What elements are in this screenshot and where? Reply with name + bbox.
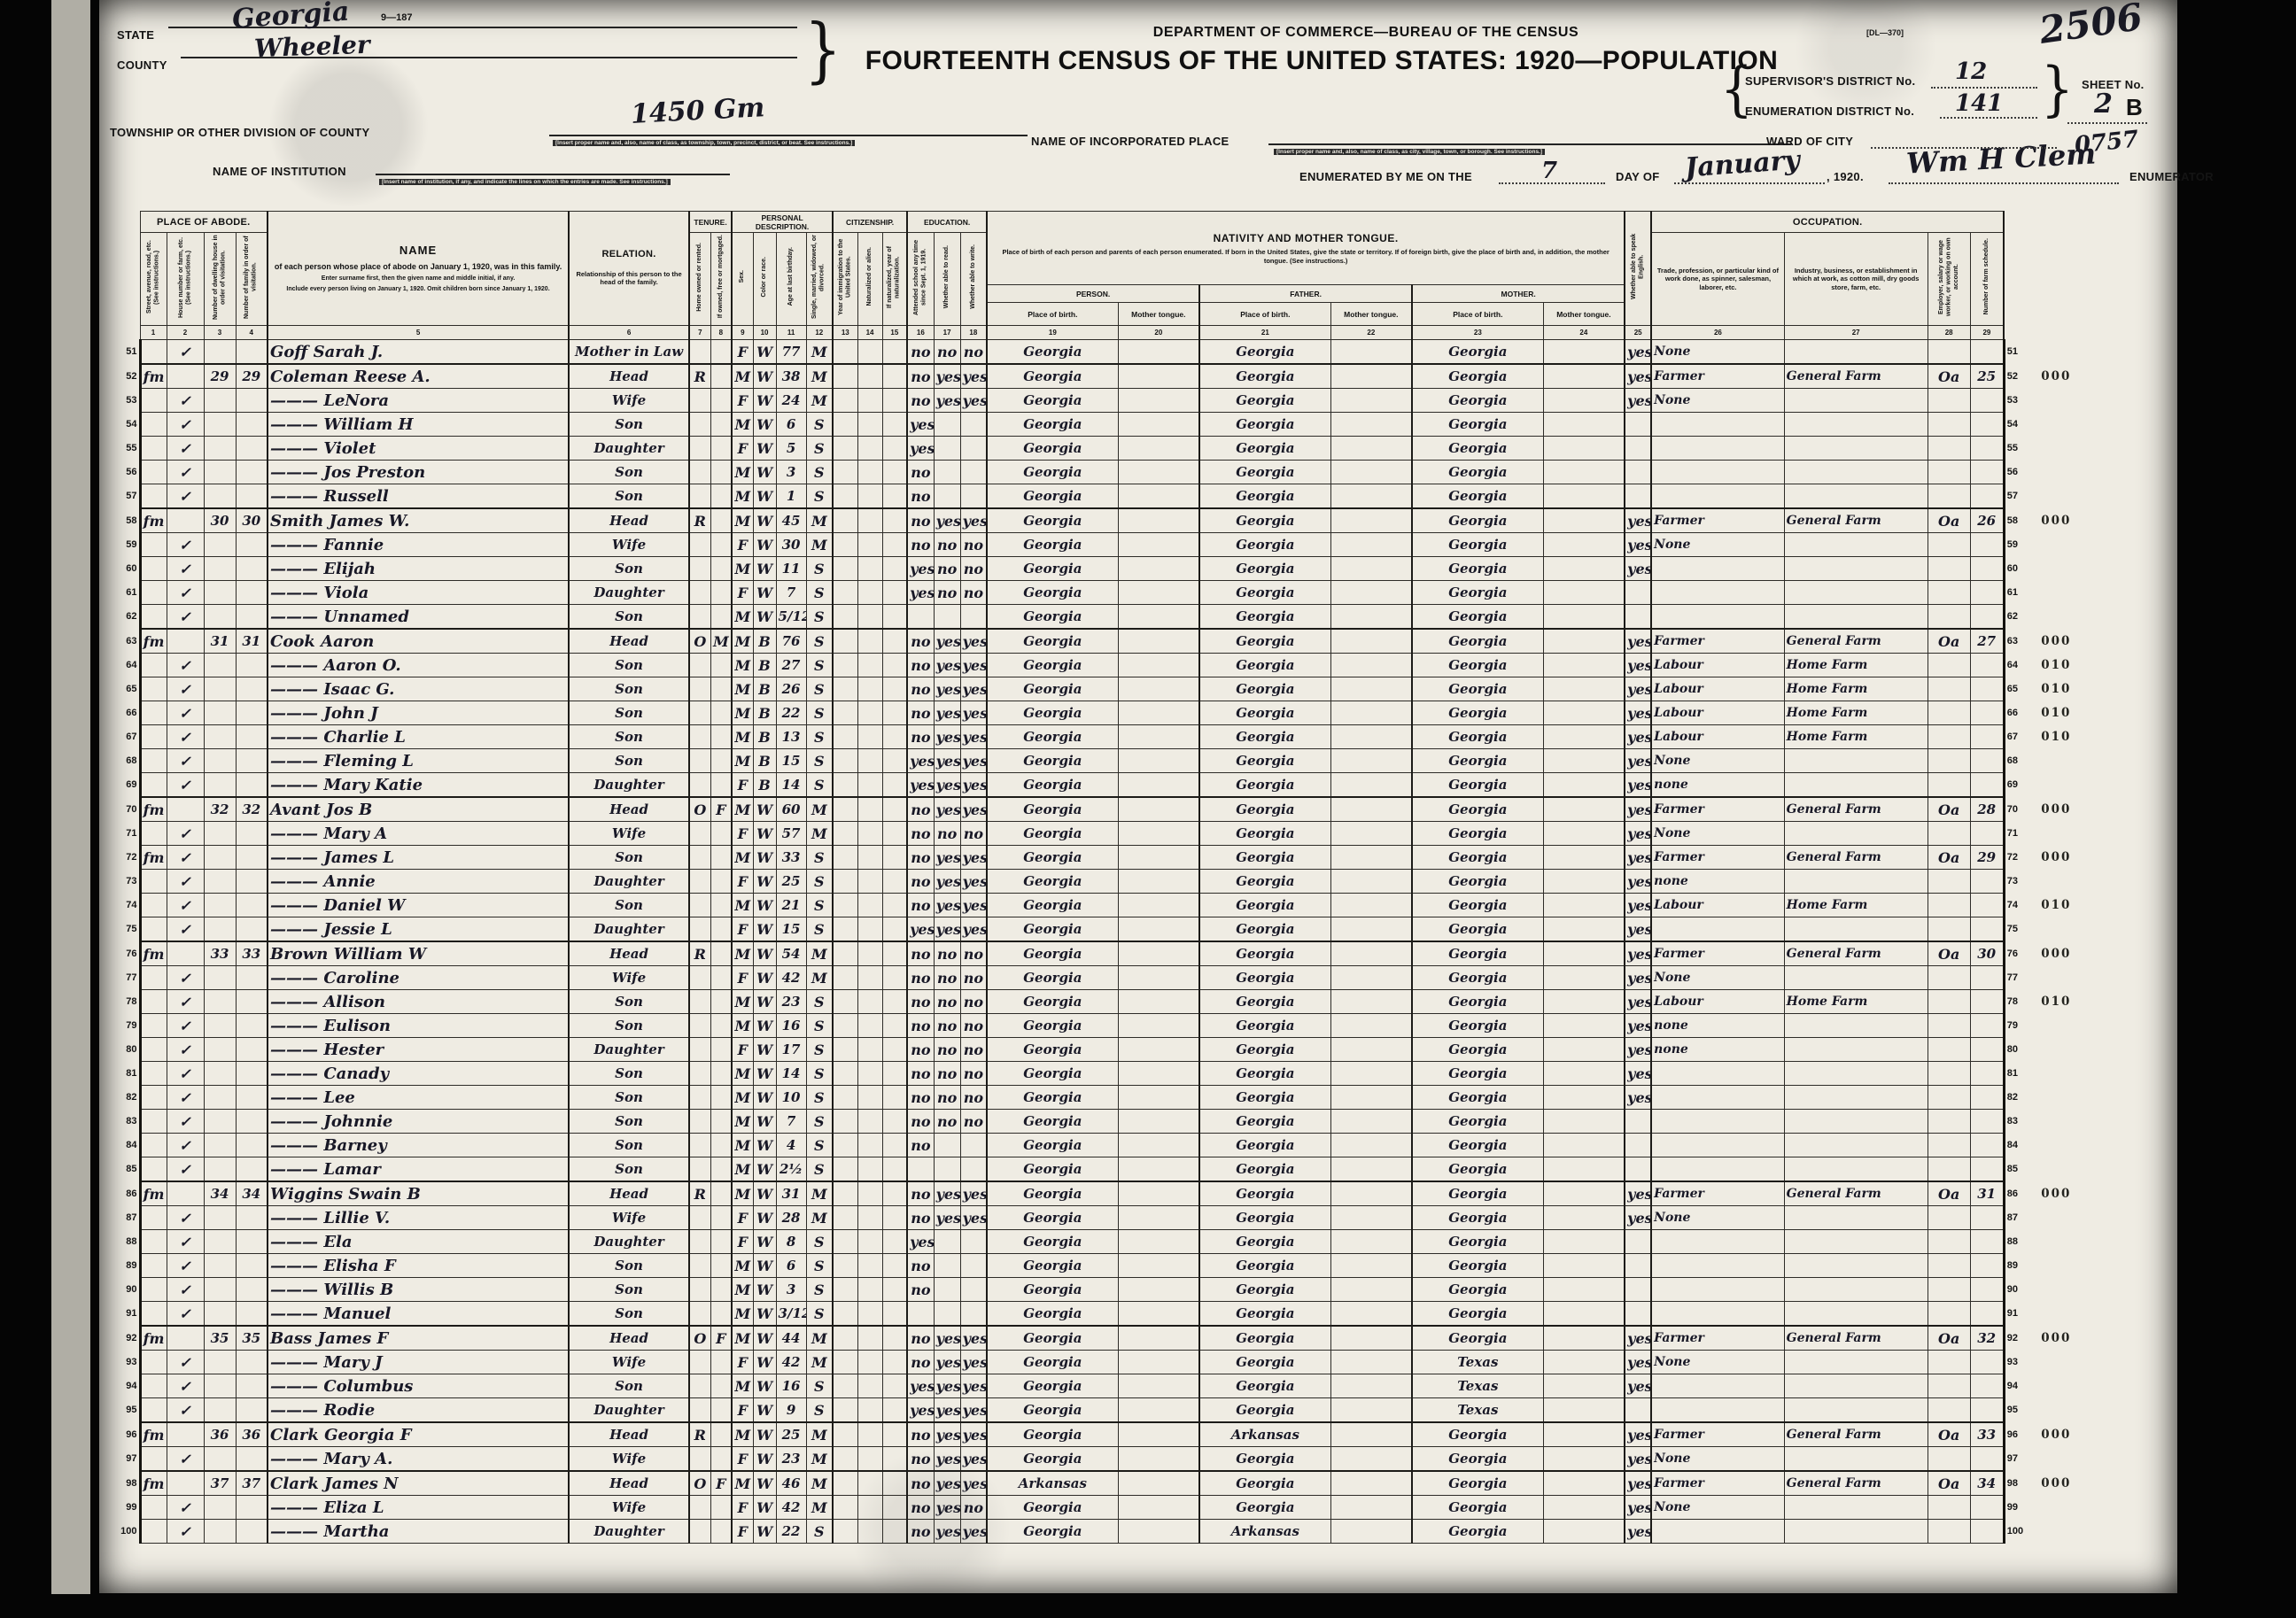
- cell-industry: Home Farm: [1784, 701, 1928, 725]
- cell-pob-person: Georgia: [987, 797, 1118, 822]
- margin-stamp: 010: [2039, 725, 2092, 749]
- row-number-right: 98: [2004, 1471, 2039, 1496]
- cell-occupation: none: [1651, 773, 1784, 798]
- cell-attended-school: yes: [907, 413, 934, 437]
- table-header: PLACE OF ABODE. NAME of each person whos…: [108, 212, 2092, 340]
- cell-sex: M: [732, 629, 753, 654]
- cell-name: Coleman Reese A.: [268, 364, 569, 389]
- township-note: [Insert proper name and, also, name of c…: [553, 140, 855, 146]
- cell-able-read: yes: [934, 364, 960, 389]
- cell-naturalized: [857, 1447, 882, 1472]
- cell-marital: M: [806, 533, 833, 557]
- cell-home-owned: [689, 1062, 710, 1086]
- name-sub2: Enter surname first, then the given name…: [270, 275, 566, 283]
- table-row: 84✓——— BarneySonMW4SnoGeorgiaGeorgiaGeor…: [108, 1134, 2092, 1157]
- cell-home-owned: [689, 870, 710, 894]
- table-body: 51✓Goff Sarah J.Mother in LawFW77Mnonono…: [108, 340, 2092, 1544]
- cell-tongue-father: [1330, 1254, 1412, 1278]
- cell-dwelling-number: [204, 484, 236, 509]
- cell-free-mortgaged: M: [710, 629, 732, 654]
- cell-naturalization-year: [882, 1471, 907, 1496]
- cell-tongue-person: [1118, 533, 1199, 557]
- cell-dwelling-number: [204, 1496, 236, 1520]
- cell-immigration-year: [833, 1206, 857, 1230]
- cell-employment-code: [1928, 1302, 1970, 1327]
- margin-stamp: [2039, 1110, 2092, 1134]
- cell-pob-father: Georgia: [1199, 629, 1330, 654]
- person-group-header: PERSON.: [987, 285, 1199, 303]
- cell-age: 24: [776, 389, 806, 413]
- cell-tongue-father: [1330, 1110, 1412, 1134]
- cell-pob-person: Georgia: [987, 773, 1118, 798]
- cell-free-mortgaged: [710, 654, 732, 677]
- cell-house-number: ✓: [167, 773, 204, 798]
- cell-naturalization-year: [882, 508, 907, 533]
- cell-family-number: [236, 1134, 268, 1157]
- cell-family-number: [236, 1157, 268, 1182]
- cell-sex: M: [732, 605, 753, 630]
- cell-color: W: [753, 1254, 776, 1278]
- cell-pob-mother: Georgia: [1412, 1086, 1543, 1110]
- cell-color: W: [753, 894, 776, 917]
- column-number-10: 10: [753, 326, 776, 340]
- cell-naturalization-year: [882, 654, 907, 677]
- cell-speak-english: yes: [1625, 870, 1651, 894]
- cell-pob-father: Georgia: [1199, 1110, 1330, 1134]
- cell-pob-person: Georgia: [987, 749, 1118, 773]
- census-scan-page: STATE Georgia COUNTY Wheeler } 9—187 DEP…: [0, 0, 2296, 1618]
- cell-tongue-father: [1330, 389, 1412, 413]
- cell-home-owned: [689, 894, 710, 917]
- cell-able-write: no: [960, 966, 987, 990]
- cell-able-write: [960, 1302, 987, 1327]
- cell-sex: M: [732, 1278, 753, 1302]
- row-number-right: 75: [2004, 917, 2039, 942]
- margin-stamp: [2039, 1398, 2092, 1423]
- cell-naturalization-year: [882, 1181, 907, 1206]
- cell-industry: [1784, 917, 1928, 942]
- row-number-left: 76: [108, 941, 140, 966]
- cell-house-number: ✓: [167, 533, 204, 557]
- cell-color: W: [753, 1326, 776, 1351]
- cell-free-mortgaged: [710, 870, 732, 894]
- cell-farm-schedule: [1970, 990, 2004, 1014]
- cell-attended-school: no: [907, 1038, 934, 1062]
- cell-employment-code: Oa: [1928, 1422, 1970, 1447]
- cell-dwelling-number: [204, 533, 236, 557]
- cell-age: 3/12: [776, 1302, 806, 1327]
- cell-house-number: [167, 797, 204, 822]
- table-row: 65✓——— Isaac G.SonMB26SnoyesyesGeorgiaGe…: [108, 677, 2092, 701]
- cell-house-number: ✓: [167, 870, 204, 894]
- cell-industry: [1784, 581, 1928, 605]
- cell-free-mortgaged: [710, 1086, 732, 1110]
- cell-name: ——— Unnamed: [268, 605, 569, 630]
- table-row: 71✓——— Mary AWifeFW57MnononoGeorgiaGeorg…: [108, 822, 2092, 846]
- cell-tongue-person: [1118, 1471, 1199, 1496]
- cell-pob-father: Georgia: [1199, 340, 1330, 365]
- cell-immigration-year: [833, 1062, 857, 1086]
- cell-free-mortgaged: [710, 749, 732, 773]
- column-16-header: Attended school any time since Sept. 1, …: [907, 233, 934, 326]
- cell-attended-school: no: [907, 870, 934, 894]
- cell-speak-english: yes: [1625, 508, 1651, 533]
- cell-marital: M: [806, 1471, 833, 1496]
- cell-industry: [1784, 461, 1928, 484]
- cell-naturalized: [857, 484, 882, 509]
- cell-able-write: yes: [960, 364, 987, 389]
- row-number-right: 66: [2004, 701, 2039, 725]
- cell-age: 15: [776, 749, 806, 773]
- cell-tongue-father: [1330, 1496, 1412, 1520]
- row-number-right: 60: [2004, 557, 2039, 581]
- cell-pob-person: Georgia: [987, 629, 1118, 654]
- cell-home-owned: [689, 1110, 710, 1134]
- cell-dwelling-number: [204, 966, 236, 990]
- cell-color: B: [753, 701, 776, 725]
- cell-naturalization-year: [882, 629, 907, 654]
- cell-tongue-person: [1118, 797, 1199, 822]
- cell-relation: Son: [569, 1062, 689, 1086]
- cell-farm-schedule: 27: [1970, 629, 2004, 654]
- column-1-header: Street, avenue, road, etc. (See instruct…: [140, 233, 167, 326]
- cell-occupation: Farmer: [1651, 508, 1784, 533]
- cell-able-write: no: [960, 941, 987, 966]
- cell-occupation: Farmer: [1651, 846, 1784, 870]
- cell-pob-father: Georgia: [1199, 484, 1330, 509]
- section-nativity: NATIVITY AND MOTHER TONGUE. Place of bir…: [987, 212, 1625, 285]
- cell-occupation: None: [1651, 389, 1784, 413]
- cell-pob-person: Georgia: [987, 364, 1118, 389]
- cell-dwelling-number: 29: [204, 364, 236, 389]
- cell-occupation: None: [1651, 1496, 1784, 1520]
- margin-stamp: [2039, 1278, 2092, 1302]
- cell-dwelling-number: [204, 1374, 236, 1398]
- cell-industry: General Farm: [1784, 1326, 1928, 1351]
- cell-age: 10: [776, 1086, 806, 1110]
- cell-pob-mother: Georgia: [1412, 484, 1543, 509]
- cell-naturalized: [857, 1230, 882, 1254]
- cell-pob-father: Georgia: [1199, 1326, 1330, 1351]
- cell-pob-mother: Georgia: [1412, 1278, 1543, 1302]
- cell-able-write: yes: [960, 1447, 987, 1472]
- enumerated-month: January: [1684, 145, 1801, 184]
- cell-pob-father: Georgia: [1199, 1181, 1330, 1206]
- cell-name: ——— Elisha F: [268, 1254, 569, 1278]
- cell-dwelling-number: [204, 340, 236, 365]
- cell-tongue-mother: [1543, 1471, 1625, 1496]
- cell-naturalization-year: [882, 846, 907, 870]
- cell-attended-school: no: [907, 966, 934, 990]
- cell-tongue-father: [1330, 1447, 1412, 1472]
- cell-naturalized: [857, 917, 882, 942]
- cell-sex: F: [732, 1038, 753, 1062]
- section-citizenship: CITIZENSHIP.: [833, 212, 907, 233]
- cell-pob-father: Georgia: [1199, 725, 1330, 749]
- cell-home-owned: [689, 1230, 710, 1254]
- cell-naturalization-year: [882, 1157, 907, 1182]
- cell-age: 44: [776, 1326, 806, 1351]
- row-number-right: 86: [2004, 1181, 2039, 1206]
- cell-farm-schedule: [1970, 966, 2004, 990]
- cell-family-number: 32: [236, 797, 268, 822]
- cell-age: 7: [776, 1110, 806, 1134]
- cell-tongue-father: [1330, 340, 1412, 365]
- cell-age: 2½: [776, 1157, 806, 1182]
- row-number-left: 62: [108, 605, 140, 630]
- cell-color: W: [753, 990, 776, 1014]
- cell-marital: S: [806, 1230, 833, 1254]
- cell-color: W: [753, 1157, 776, 1182]
- cell-immigration-year: [833, 941, 857, 966]
- cell-naturalization-year: [882, 894, 907, 917]
- cell-attended-school: [907, 1157, 934, 1182]
- cell-marital: S: [806, 605, 833, 630]
- cell-occupation: [1651, 1254, 1784, 1278]
- cell-pob-person: Georgia: [987, 894, 1118, 917]
- cell-home-owned: O: [689, 1471, 710, 1496]
- cell-name: ——— Elijah: [268, 557, 569, 581]
- cell-street: [140, 966, 167, 990]
- row-number-left: 66: [108, 701, 140, 725]
- cell-color: W: [753, 484, 776, 509]
- cell-tongue-person: [1118, 1181, 1199, 1206]
- cell-tongue-mother: [1543, 413, 1625, 437]
- cell-occupation: [1651, 1062, 1784, 1086]
- column-18-header: Whether able to write.: [960, 233, 987, 326]
- cell-employment-code: [1928, 484, 1970, 509]
- cell-free-mortgaged: [710, 822, 732, 846]
- margin-stamp: [2039, 581, 2092, 605]
- cell-naturalized: [857, 1181, 882, 1206]
- cell-employment-code: [1928, 701, 1970, 725]
- row-number-left: 86: [108, 1181, 140, 1206]
- cell-speak-english: [1625, 1157, 1651, 1182]
- cell-attended-school: no: [907, 894, 934, 917]
- margin-stamp: [2039, 822, 2092, 846]
- cell-naturalized: [857, 1086, 882, 1110]
- cell-immigration-year: [833, 990, 857, 1014]
- margin-stamp: [2039, 1302, 2092, 1327]
- cell-dwelling-number: [204, 917, 236, 942]
- cell-sex: M: [732, 1374, 753, 1398]
- column-number-23: 23: [1412, 326, 1543, 340]
- cell-employment-code: [1928, 605, 1970, 630]
- sheet-letter: B: [2126, 94, 2143, 121]
- cell-dwelling-number: [204, 1157, 236, 1182]
- row-number-left: 52: [108, 364, 140, 389]
- cell-naturalized: [857, 846, 882, 870]
- margin-stamp: 000: [2039, 1471, 2092, 1496]
- cell-naturalized: [857, 654, 882, 677]
- cell-pob-mother: Georgia: [1412, 822, 1543, 846]
- cell-family-number: [236, 966, 268, 990]
- table-row: 87✓——— Lillie V.WifeFW28MnoyesyesGeorgia…: [108, 1206, 2092, 1230]
- cell-sex: M: [732, 461, 753, 484]
- cell-sex: M: [732, 413, 753, 437]
- census-table: PLACE OF ABODE. NAME of each person whos…: [108, 211, 2092, 1544]
- cell-pob-mother: Georgia: [1412, 1520, 1543, 1544]
- cell-able-read: yes: [934, 894, 960, 917]
- cell-naturalized: [857, 533, 882, 557]
- margin-stamp: [2039, 1134, 2092, 1157]
- cell-pob-mother: Georgia: [1412, 437, 1543, 461]
- cell-sex: M: [732, 941, 753, 966]
- cell-attended-school: yes: [907, 581, 934, 605]
- margin-stamp: [2039, 1374, 2092, 1398]
- cell-marital: S: [806, 773, 833, 798]
- row-number-right: 81: [2004, 1062, 2039, 1086]
- cell-house-number: ✓: [167, 1520, 204, 1544]
- incorporated-place-note: [Insert proper name and, also, name of c…: [1274, 149, 1545, 155]
- cell-name: ——— Violet: [268, 437, 569, 461]
- cell-family-number: [236, 1447, 268, 1472]
- cell-tongue-father: [1330, 1038, 1412, 1062]
- cell-able-write: [960, 1134, 987, 1157]
- cell-pob-person: Georgia: [987, 1014, 1118, 1038]
- cell-immigration-year: [833, 1422, 857, 1447]
- cell-pob-father: Georgia: [1199, 1062, 1330, 1086]
- row-number-left: 67: [108, 725, 140, 749]
- cell-able-write: no: [960, 340, 987, 365]
- cell-street: [140, 1038, 167, 1062]
- cell-pob-mother: Georgia: [1412, 1014, 1543, 1038]
- column-3-header: Number of dwelling house in order of vis…: [204, 233, 236, 326]
- table-row: 90✓——— Willis BSonMW3SnoGeorgiaGeorgiaGe…: [108, 1278, 2092, 1302]
- row-number-left: 85: [108, 1157, 140, 1182]
- cell-attended-school: no: [907, 990, 934, 1014]
- cell-home-owned: R: [689, 508, 710, 533]
- cell-tongue-father: [1330, 1398, 1412, 1423]
- margin-stamp: [2039, 870, 2092, 894]
- cell-speak-english: yes: [1625, 340, 1651, 365]
- cell-attended-school: yes: [907, 917, 934, 942]
- cell-color: B: [753, 749, 776, 773]
- cell-able-read: no: [934, 340, 960, 365]
- cell-immigration-year: [833, 1302, 857, 1327]
- cell-farm-schedule: 29: [1970, 846, 2004, 870]
- row-number-right: 63: [2004, 629, 2039, 654]
- cell-industry: [1784, 749, 1928, 773]
- cell-immigration-year: [833, 1254, 857, 1278]
- cell-family-number: [236, 461, 268, 484]
- cell-immigration-year: [833, 822, 857, 846]
- cell-family-number: [236, 870, 268, 894]
- cell-street: [140, 437, 167, 461]
- column-7-header: Home owned or rented.: [689, 233, 710, 326]
- cell-naturalized: [857, 941, 882, 966]
- cell-naturalized: [857, 1326, 882, 1351]
- cell-naturalized: [857, 822, 882, 846]
- cell-color: B: [753, 677, 776, 701]
- cell-occupation: none: [1651, 1014, 1784, 1038]
- cell-dwelling-number: [204, 581, 236, 605]
- cell-farm-schedule: 32: [1970, 1326, 2004, 1351]
- cell-attended-school: no: [907, 1326, 934, 1351]
- cell-family-number: 34: [236, 1181, 268, 1206]
- cell-pob-mother: Georgia: [1412, 990, 1543, 1014]
- cell-tongue-father: [1330, 1157, 1412, 1182]
- relation-sub: Relationship of this person to the head …: [571, 268, 686, 289]
- cell-naturalized: [857, 701, 882, 725]
- cell-naturalized: [857, 773, 882, 798]
- cell-color: B: [753, 725, 776, 749]
- cell-tongue-person: [1118, 1351, 1199, 1374]
- row-number-left: 80: [108, 1038, 140, 1062]
- margin-stamp: 000: [2039, 941, 2092, 966]
- cell-employment-code: [1928, 1254, 1970, 1278]
- cell-dwelling-number: 30: [204, 508, 236, 533]
- row-number-right: 89: [2004, 1254, 2039, 1278]
- cell-color: W: [753, 966, 776, 990]
- cell-able-read: yes: [934, 677, 960, 701]
- row-number-right: 68: [2004, 749, 2039, 773]
- cell-able-read: [934, 1157, 960, 1182]
- margin-stamp: 010: [2039, 677, 2092, 701]
- cell-occupation: [1651, 437, 1784, 461]
- cell-dwelling-number: [204, 389, 236, 413]
- cell-marital: S: [806, 1134, 833, 1157]
- row-number-right: 65: [2004, 677, 2039, 701]
- row-number-right: 92: [2004, 1326, 2039, 1351]
- cell-attended-school: no: [907, 797, 934, 822]
- cell-home-owned: [689, 533, 710, 557]
- cell-farm-schedule: [1970, 773, 2004, 798]
- cell-naturalization-year: [882, 413, 907, 437]
- cell-relation: Son: [569, 725, 689, 749]
- cell-immigration-year: [833, 1374, 857, 1398]
- cell-relation: Wife: [569, 389, 689, 413]
- cell-marital: M: [806, 1447, 833, 1472]
- cell-free-mortgaged: [710, 533, 732, 557]
- cell-industry: [1784, 1520, 1928, 1544]
- cell-industry: [1784, 1062, 1928, 1086]
- cell-free-mortgaged: [710, 389, 732, 413]
- table-row: 66✓——— John JSonMB22SnoyesyesGeorgiaGeor…: [108, 701, 2092, 725]
- cell-relation: Son: [569, 894, 689, 917]
- name-title: NAME: [270, 243, 566, 259]
- enumerator-label: ENUMERATOR: [2129, 170, 2214, 183]
- cell-tongue-person: [1118, 413, 1199, 437]
- cell-marital: S: [806, 1157, 833, 1182]
- cell-employment-code: [1928, 990, 1970, 1014]
- cell-immigration-year: [833, 1447, 857, 1472]
- cell-pob-mother: Georgia: [1412, 581, 1543, 605]
- cell-free-mortgaged: [710, 1374, 732, 1398]
- cell-pob-person: Georgia: [987, 389, 1118, 413]
- section-tenure: TENURE.: [689, 212, 732, 233]
- cell-farm-schedule: [1970, 894, 2004, 917]
- cell-able-write: yes: [960, 389, 987, 413]
- row-number-right: 85: [2004, 1157, 2039, 1182]
- row-number-left: 59: [108, 533, 140, 557]
- cell-sex: M: [732, 1062, 753, 1086]
- cell-pob-father: Georgia: [1199, 1206, 1330, 1230]
- cell-home-owned: [689, 917, 710, 942]
- cell-pob-person: Georgia: [987, 1422, 1118, 1447]
- cell-color: W: [753, 822, 776, 846]
- cell-name: ——— Isaac G.: [268, 677, 569, 701]
- cell-street: fm: [140, 1422, 167, 1447]
- cell-speak-english: yes: [1625, 894, 1651, 917]
- cell-naturalization-year: [882, 1254, 907, 1278]
- cell-pob-mother: Georgia: [1412, 1447, 1543, 1472]
- cell-naturalized: [857, 966, 882, 990]
- row-number-right: 83: [2004, 1110, 2039, 1134]
- cell-marital: S: [806, 870, 833, 894]
- cell-relation: Son: [569, 1374, 689, 1398]
- cell-tongue-mother: [1543, 1110, 1625, 1134]
